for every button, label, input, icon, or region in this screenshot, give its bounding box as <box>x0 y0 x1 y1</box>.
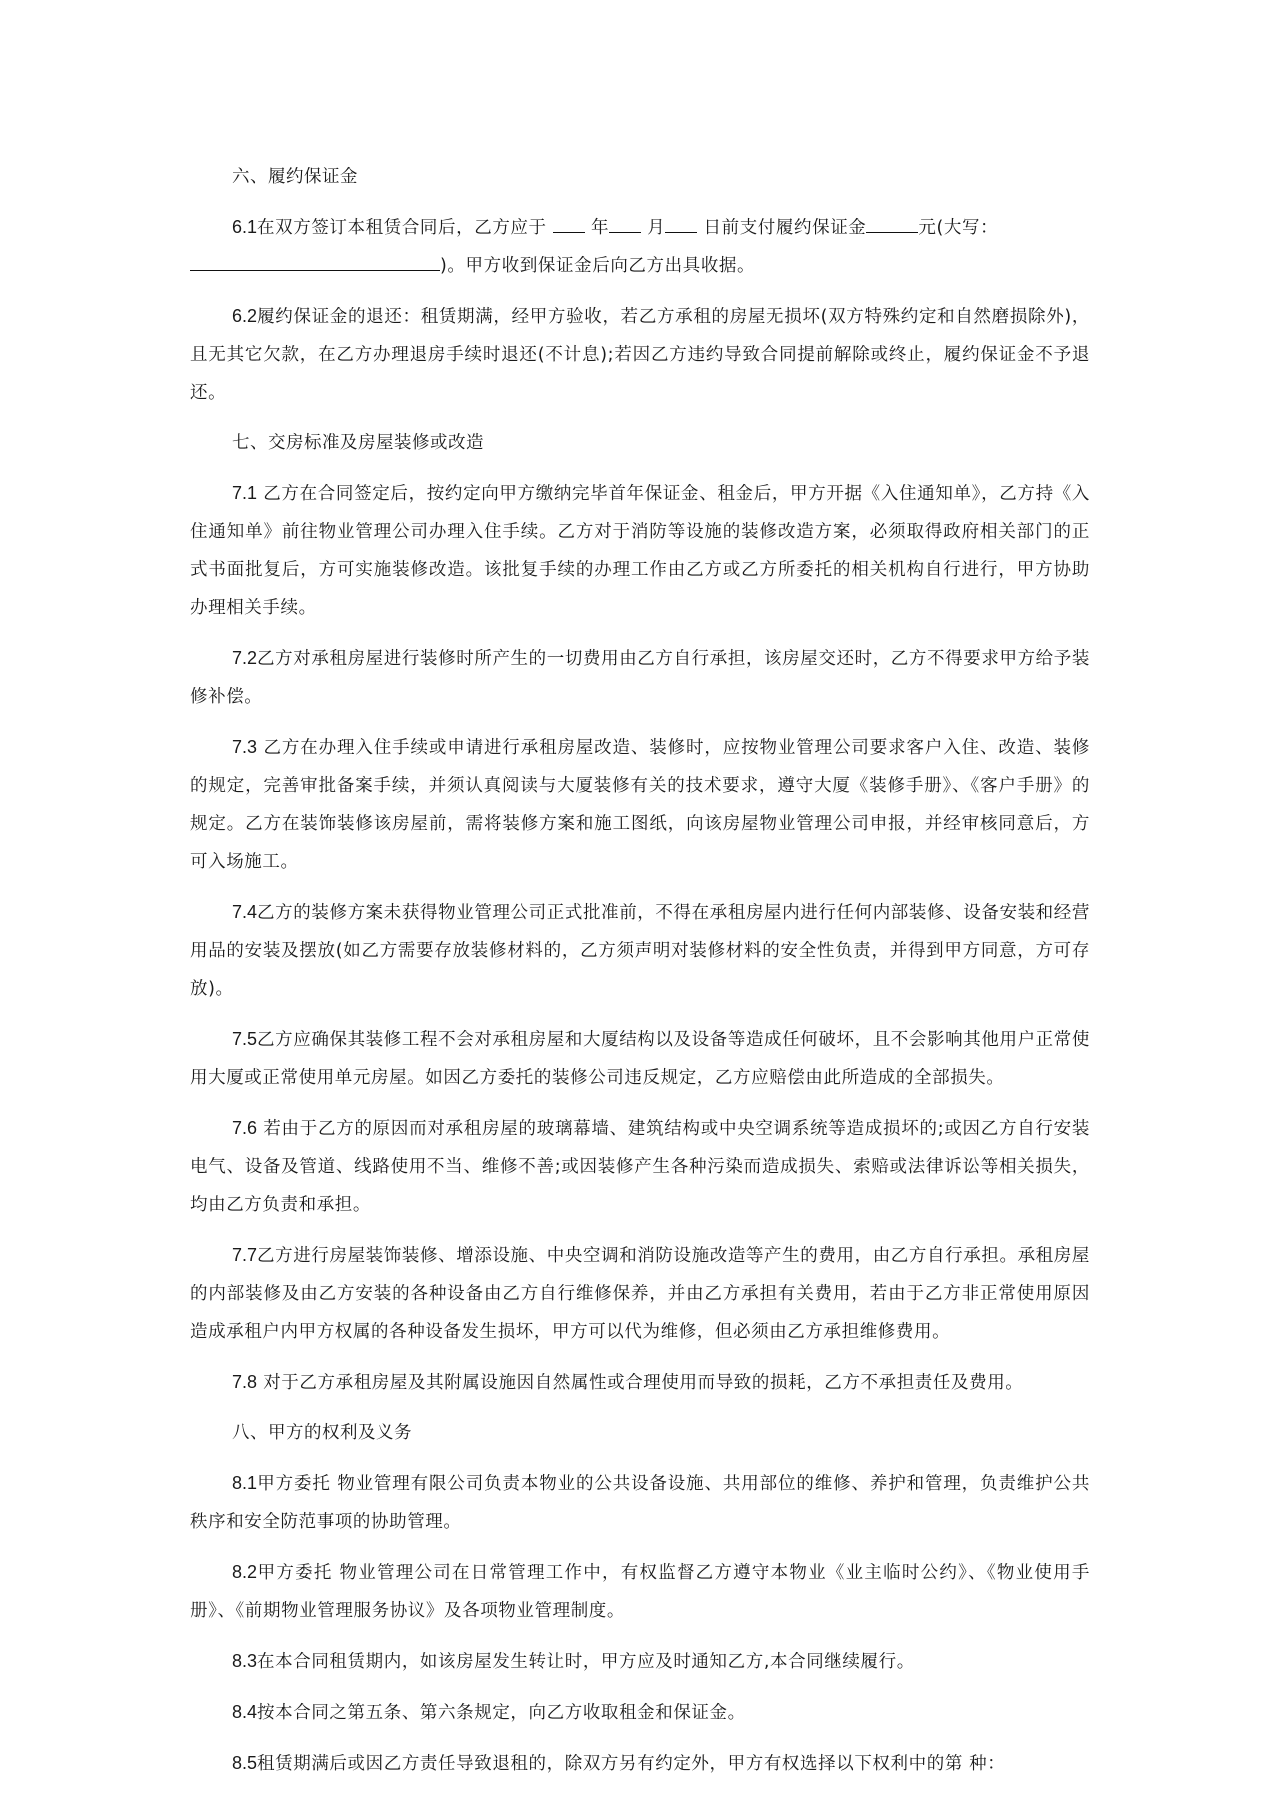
clause-number: 8.1 <box>232 1473 257 1493</box>
year-blank <box>553 214 585 233</box>
clause-text: 乙方进行房屋装饰装修、增添设施、中央空调和消防设施改造等产生的费用，由乙方自行承… <box>190 1246 1090 1342</box>
clause-6-1: 6.1在双方签订本租赁合同后，乙方应于 年 月 日前支付履约保证金元(大写：)。… <box>190 208 1090 285</box>
clause-8-2: 8.2甲方委托 物业管理公司在日常管理工作中，有权监督乙方遵守本物业《业主临时公… <box>190 1553 1090 1630</box>
clause-number: 7.5 <box>232 1029 257 1049</box>
clause-text: 按本合同之第五条、第六条规定，向乙方收取租金和保证金。 <box>257 1703 746 1723</box>
clause-number: 7.3 <box>232 737 257 757</box>
clause-text: 甲方委托 物业管理公司在日常管理工作中，有权监督乙方遵守本物业《业主临时公约》、… <box>190 1563 1090 1621</box>
clause-number: 7.6 <box>232 1118 257 1138</box>
clause-7-3: 7.3 乙方在办理入住手续或申请进行承租房屋改造、装修时，应按物业管理公司要求客… <box>190 728 1090 881</box>
section-heading-7: 七、交房标准及房屋装修或改造 <box>190 424 1090 462</box>
clause-text: 乙方在合同签定后，按约定向甲方缴纳完毕首年保证金、租金后，甲方开据《入住通知单》… <box>190 484 1090 618</box>
clause-7-8: 7.8 对于乙方承租房屋及其附属设施因自然属性或合理使用而导致的损耗，乙方不承担… <box>190 1363 1090 1402</box>
day-blank <box>665 214 697 233</box>
clause-number: 6.1 <box>232 217 257 237</box>
clause-7-6: 7.6 若由于乙方的原因而对承租房屋的玻璃幕墙、建筑结构或中央空调系统等造成损坏… <box>190 1109 1090 1224</box>
clause-text: 乙方对承租房屋进行装修时所产生的一切费用由乙方自行承担，该房屋交还时，乙方不得要… <box>190 649 1090 707</box>
clause-8-1: 8.1甲方委托 物业管理有限公司负责本物业的公共设备设施、共用部位的维修、养护和… <box>190 1464 1090 1541</box>
clause-text: 在本合同租赁期内，如该房屋发生转让时，甲方应及时通知乙方,本合同继续履行。 <box>257 1652 915 1672</box>
clause-text: 日前支付履约保证金 <box>697 218 866 238</box>
clause-text: 若由于乙方的原因而对承租房屋的玻璃幕墙、建筑结构或中央空调系统等造成损坏的;或因… <box>190 1119 1090 1215</box>
section-heading-6: 六、履约保证金 <box>190 158 1090 196</box>
clause-7-5: 7.5乙方应确保其装修工程不会对承租房屋和大厦结构以及设备等造成任何破坏，且不会… <box>190 1020 1090 1097</box>
clause-7-4: 7.4乙方的装修方案未获得物业管理公司正式批准前，不得在承租房屋内进行任何内部装… <box>190 893 1090 1008</box>
clause-text: 乙方应确保其装修工程不会对承租房屋和大厦结构以及设备等造成任何破坏，且不会影响其… <box>190 1030 1090 1088</box>
section-heading-8: 八、甲方的权利及义务 <box>190 1414 1090 1452</box>
clause-7-1: 7.1 乙方在合同签定后，按约定向甲方缴纳完毕首年保证金、租金后，甲方开据《入住… <box>190 474 1090 627</box>
clause-text: 元(大写： <box>918 218 998 238</box>
clause-number: 8.2 <box>232 1562 257 1582</box>
clause-number: 7.4 <box>232 902 257 922</box>
clause-6-2: 6.2履约保证金的退还：租赁期满，经甲方验收，若乙方承租的房屋无损坏(双方特殊约… <box>190 297 1090 412</box>
clause-text: 在双方签订本租赁合同后，乙方应于 <box>257 218 553 238</box>
clause-number: 8.5 <box>232 1753 257 1773</box>
clause-number: 8.4 <box>232 1702 257 1722</box>
clause-7-7: 7.7乙方进行房屋装饰装修、增添设施、中央空调和消防设施改造等产生的费用，由乙方… <box>190 1236 1090 1351</box>
clause-number: 7.2 <box>232 648 257 668</box>
clause-7-2: 7.2乙方对承租房屋进行装修时所产生的一切费用由乙方自行承担，该房屋交还时，乙方… <box>190 639 1090 716</box>
month-blank <box>609 214 641 233</box>
amount-blank <box>866 214 918 233</box>
clause-8-3: 8.3在本合同租赁期内，如该房屋发生转让时，甲方应及时通知乙方,本合同继续履行。 <box>190 1642 1090 1681</box>
amount-words-blank <box>190 252 440 271</box>
clause-text: 甲方委托 物业管理有限公司负责本物业的公共设备设施、共用部位的维修、养护和管理，… <box>190 1474 1090 1532</box>
clause-text: 履约保证金的退还：租赁期满，经甲方验收，若乙方承租的房屋无损坏(双方特殊约定和自… <box>190 307 1090 403</box>
document-page: 六、履约保证金 6.1在双方签订本租赁合同后，乙方应于 年 月 日前支付履约保证… <box>190 158 1090 1795</box>
clause-text: 租赁期满后或因乙方责任导致退租的，除双方另有约定外，甲方有权选择以下权利中的第 … <box>257 1754 1005 1774</box>
clause-number: 7.8 <box>232 1372 257 1392</box>
clause-number: 6.2 <box>232 306 257 326</box>
clause-text: 月 <box>641 218 665 238</box>
clause-8-4: 8.4按本合同之第五条、第六条规定，向乙方收取租金和保证金。 <box>190 1693 1090 1732</box>
clause-text: )。甲方收到保证金后向乙方出具收据。 <box>440 256 755 276</box>
clause-8-5: 8.5租赁期满后或因乙方责任导致退租的，除双方另有约定外，甲方有权选择以下权利中… <box>190 1744 1090 1783</box>
clause-text: 对于乙方承租房屋及其附属设施因自然属性或合理使用而导致的损耗，乙方不承担责任及费… <box>257 1373 1023 1393</box>
clause-number: 8.3 <box>232 1651 257 1671</box>
clause-text: 乙方在办理入住手续或申请进行承租房屋改造、装修时，应按物业管理公司要求客户入住、… <box>190 738 1090 872</box>
clause-number: 7.7 <box>232 1245 257 1265</box>
clause-text: 年 <box>585 218 609 238</box>
clause-text: 乙方的装修方案未获得物业管理公司正式批准前，不得在承租房屋内进行任何内部装修、设… <box>190 903 1090 999</box>
clause-number: 7.1 <box>232 483 257 503</box>
